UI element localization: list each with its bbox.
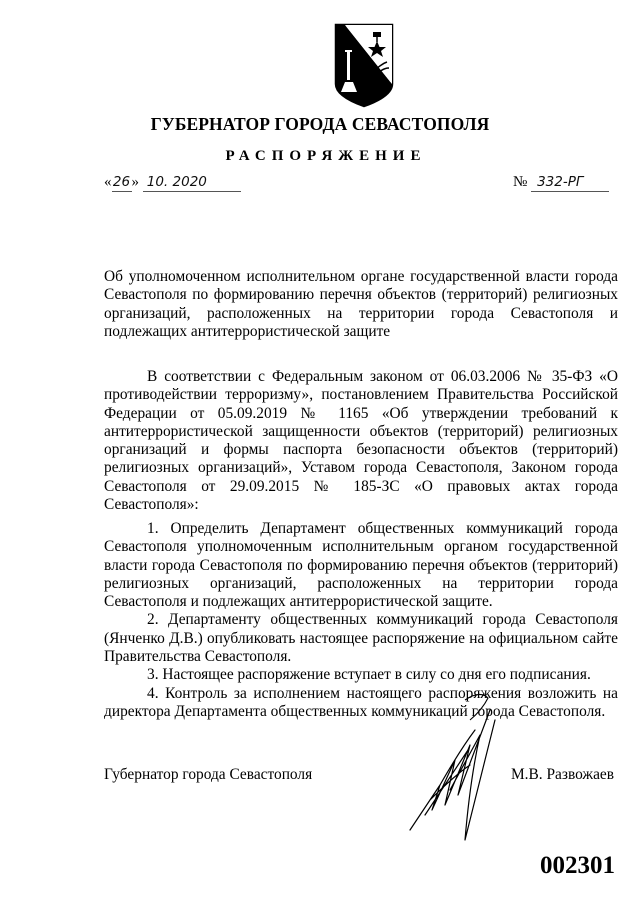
order-item-3: 3. Настоящее распоряжение вступает в сил… bbox=[104, 666, 618, 684]
document-date: «26» 10. 2020 bbox=[104, 174, 241, 192]
document-subject: Об уполномоченном исполнительном органе … bbox=[104, 268, 618, 341]
date-month-year: 10. 2020 bbox=[143, 174, 241, 192]
signatory-name: М.В. Развожаев bbox=[511, 766, 614, 784]
preamble-text: В соответствии с Федеральным законом от … bbox=[104, 368, 618, 514]
number-value: 332-РГ bbox=[531, 174, 609, 192]
order-item-1: 1. Определить Департамент общественных к… bbox=[104, 520, 618, 611]
date-open-quote: « bbox=[104, 174, 112, 190]
coat-of-arms-emblem bbox=[333, 22, 395, 108]
subject-text: Об уполномоченном исполнительном органе … bbox=[104, 268, 618, 341]
order-item-4: 4. Контроль за исполнением настоящего ра… bbox=[104, 685, 618, 722]
order-items: 1. Определить Департамент общественных к… bbox=[104, 520, 618, 721]
number-label: № bbox=[513, 174, 527, 190]
document-number: № 332-РГ bbox=[513, 174, 609, 192]
organization-title: ГУБЕРНАТОР ГОРОДА СЕВАСТОПОЛЯ bbox=[0, 114, 640, 135]
date-close-quote: » bbox=[132, 174, 140, 190]
document-type-heading: РАСПОРЯЖЕНИЕ bbox=[0, 148, 640, 165]
signatory-position: Губернатор города Севастополя bbox=[104, 766, 312, 784]
serial-number: 002301 bbox=[540, 852, 615, 880]
order-item-2: 2. Департаменту общественных коммуникаци… bbox=[104, 611, 618, 666]
handwritten-signature-icon bbox=[370, 690, 530, 850]
date-day: 26 bbox=[112, 174, 132, 192]
preamble: В соответствии с Федеральным законом от … bbox=[104, 368, 618, 514]
